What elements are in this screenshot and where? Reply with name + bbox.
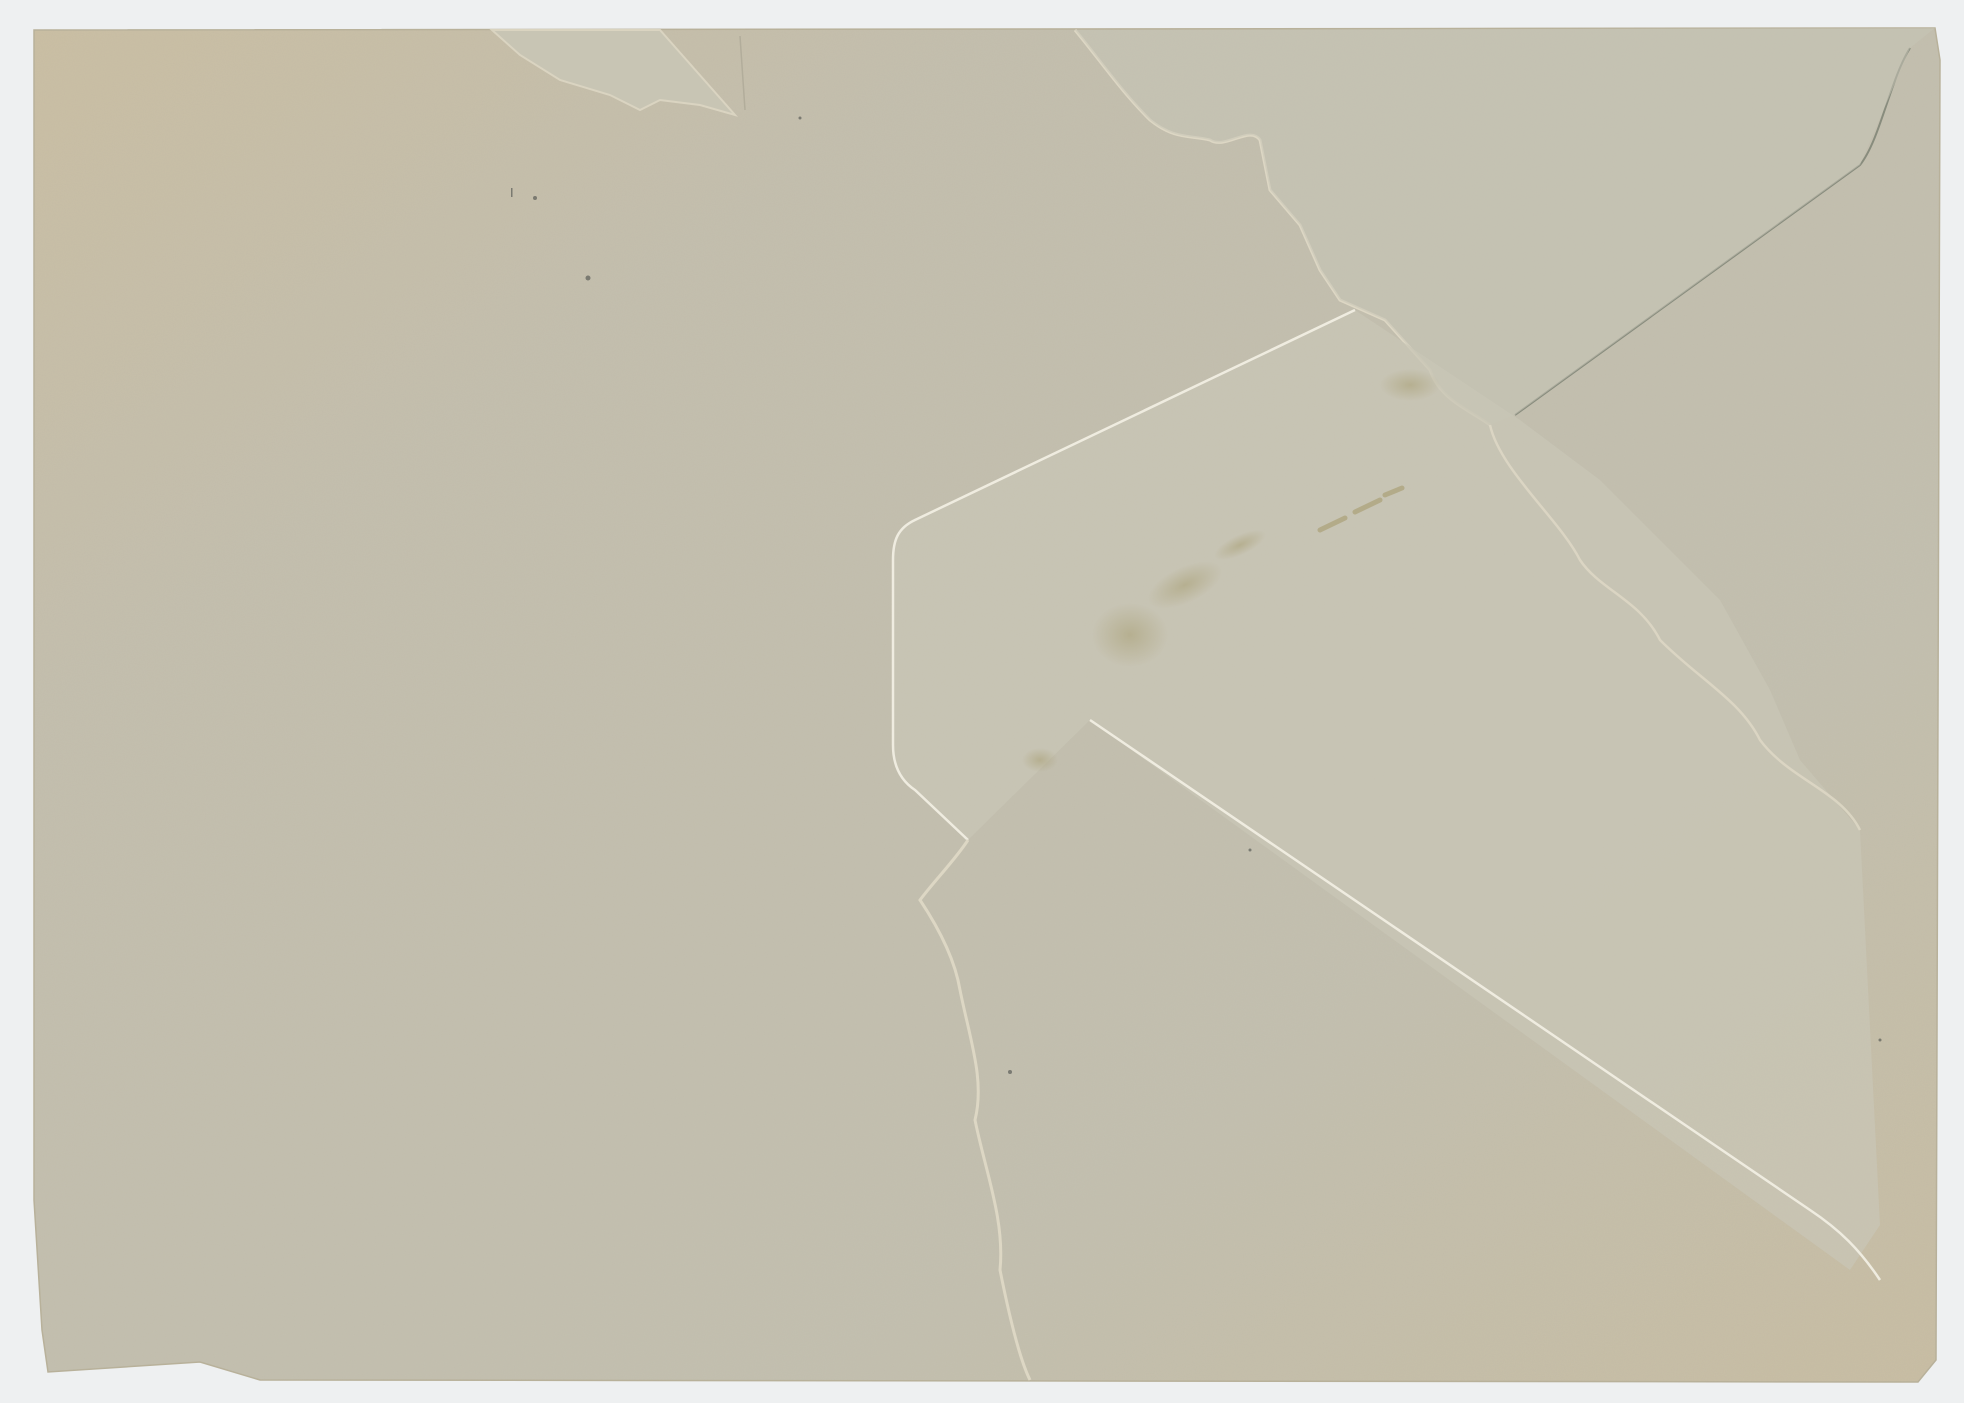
- envelope-scan: [0, 0, 1964, 1403]
- envelope-illustration: [0, 0, 1964, 1403]
